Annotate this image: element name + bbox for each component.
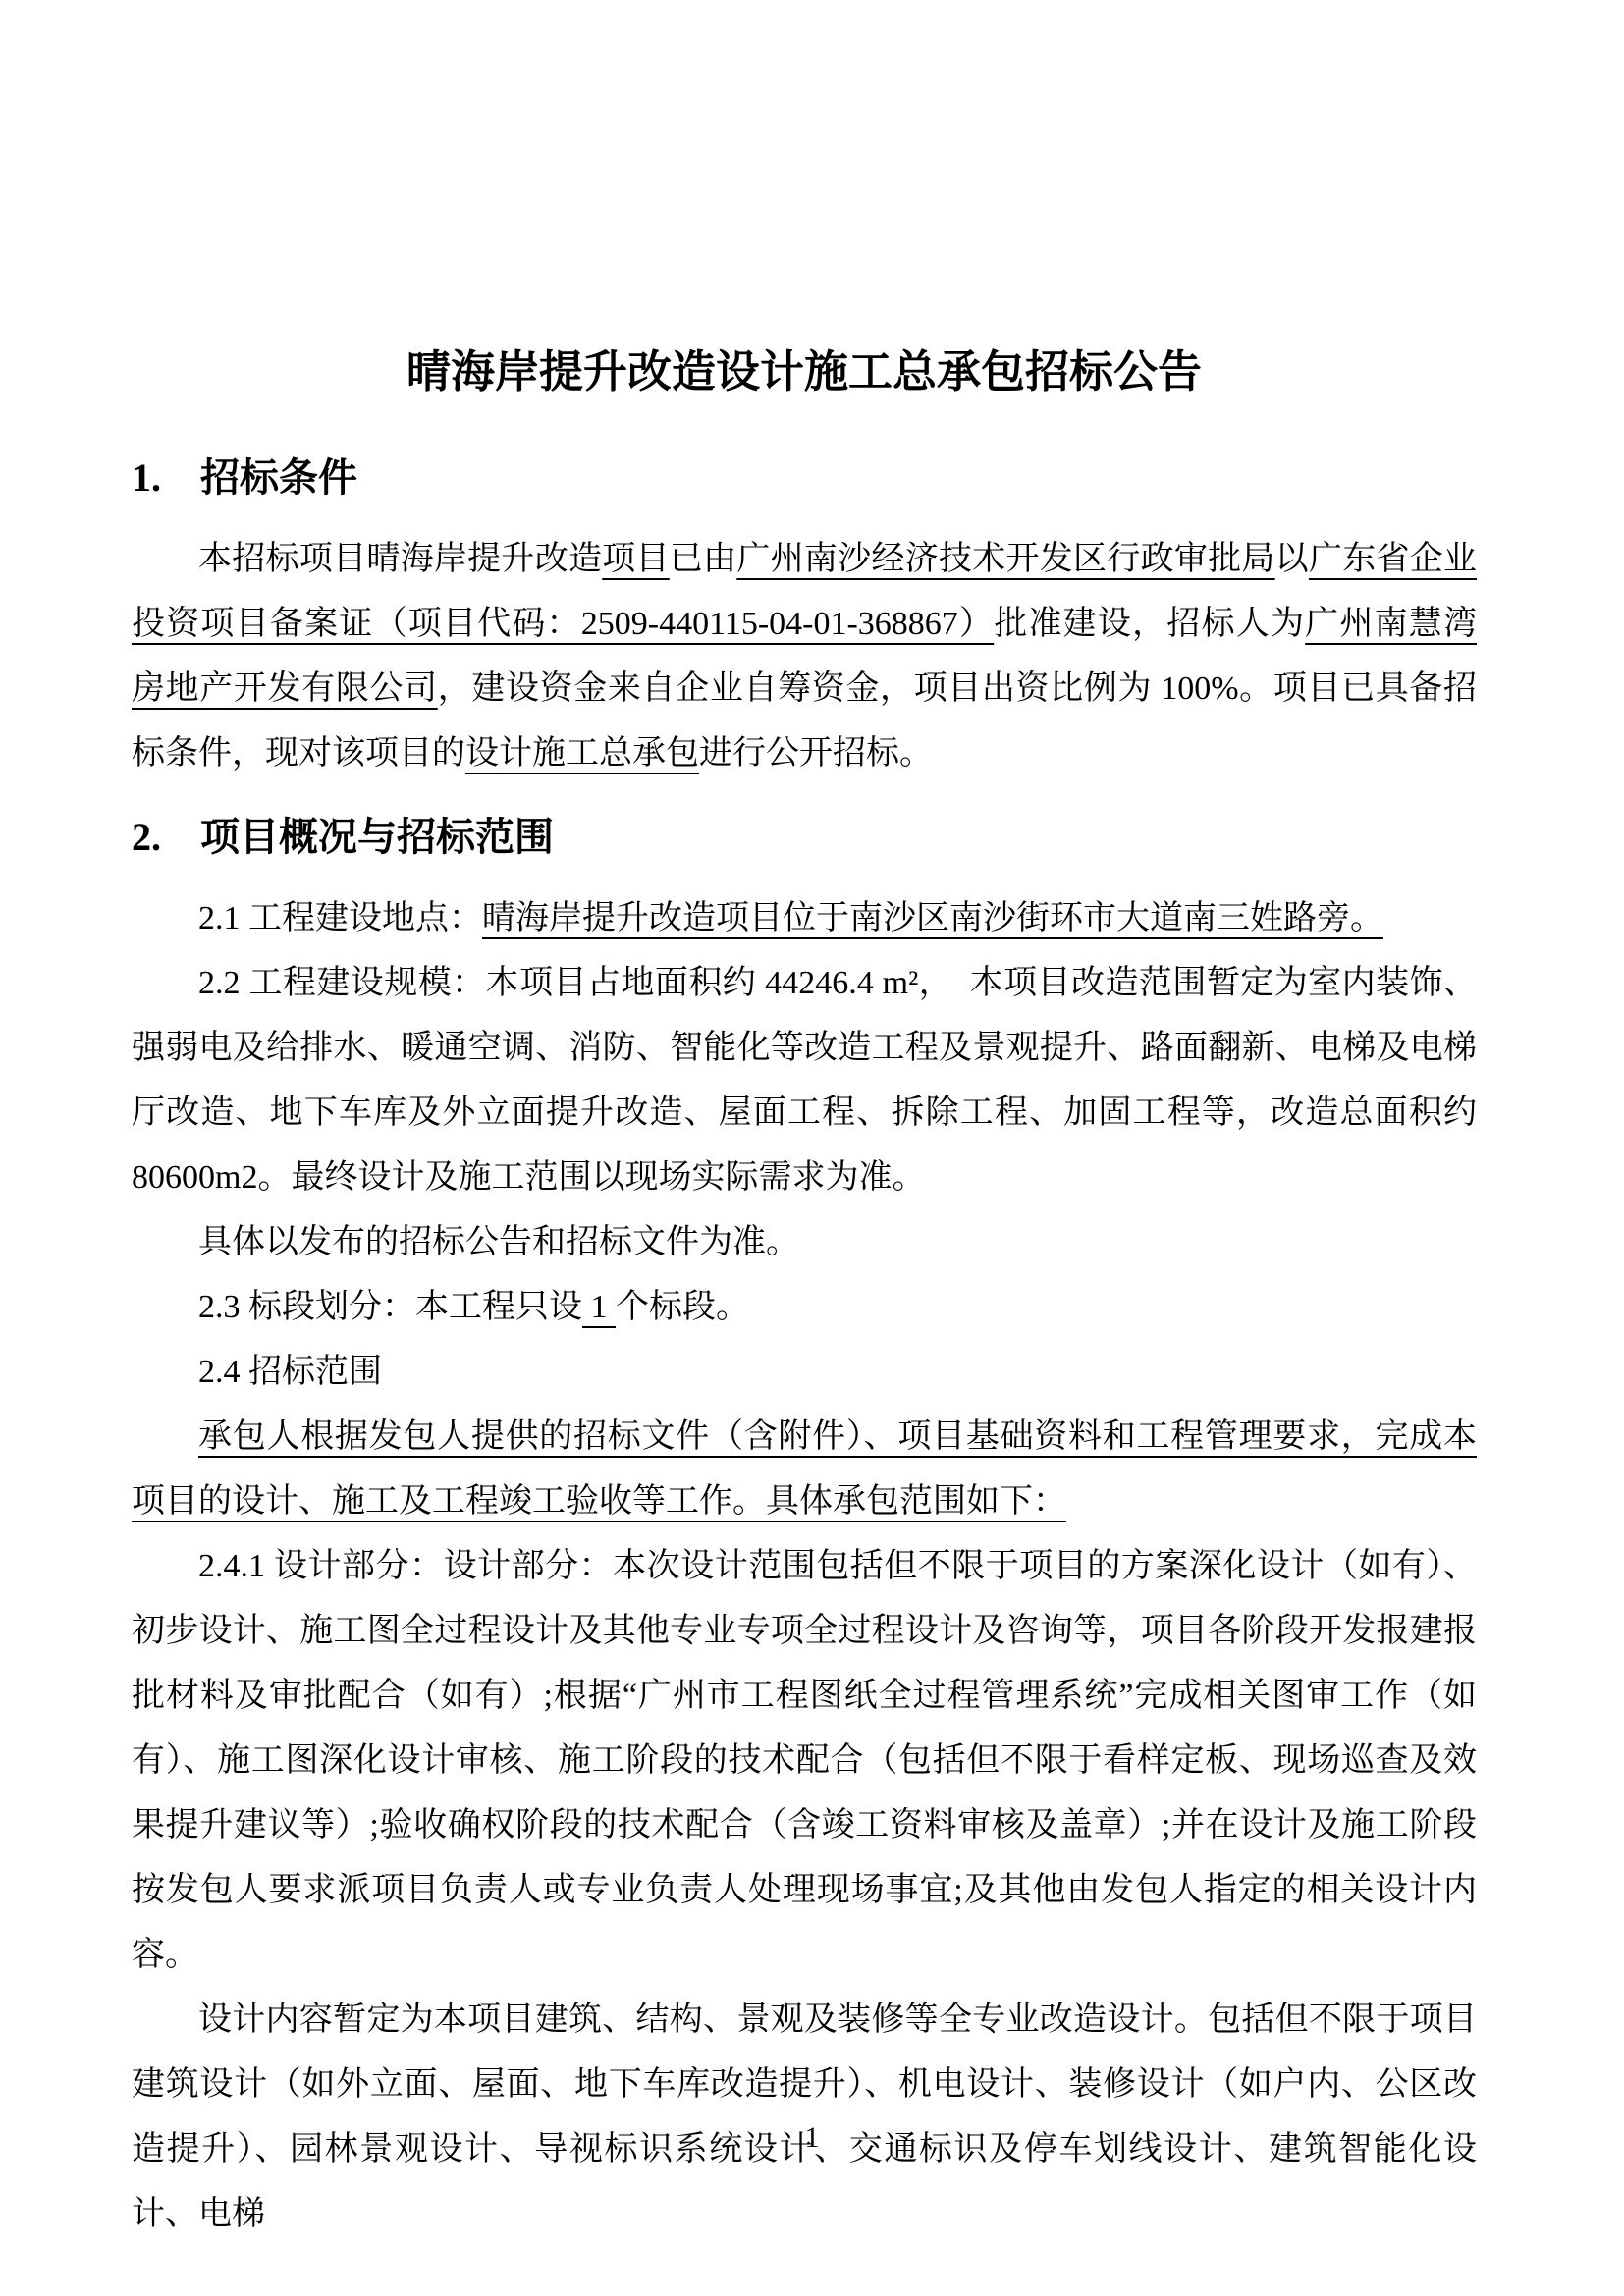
paragraph: 2.4.1 设计部分：设计部分：本次设计范围包括但不限于项目的方案深化设计（如有… xyxy=(132,1534,1477,1988)
underlined-text: 广州南沙经济技术开发区行政审批局 xyxy=(736,541,1274,577)
document-page: { "title": "晴海岸提升改造设计施工总承包招标公告", "page_n… xyxy=(0,0,1624,2296)
body-text: 2.3 标段划分：本工程只设 xyxy=(198,1289,582,1325)
body-text: 具体以发布的招标公告和招标文件为准。 xyxy=(198,1224,799,1260)
paragraph: 设计内容暂定为本项目建筑、结构、景观及装修等全专业改造设计。包括但不限于项目建筑… xyxy=(132,1988,1477,2247)
underlined-text: 晴海岸提升改造项目位于南沙区南沙街环市大道南三姓路旁。 xyxy=(482,900,1383,936)
document-title: 晴海岸提升改造设计施工总承包招标公告 xyxy=(132,344,1477,401)
body-text: 进行公开招标。 xyxy=(699,735,933,772)
paragraph: 具体以发布的招标公告和招标文件为准。 xyxy=(132,1210,1477,1275)
body-text: 已由 xyxy=(670,541,737,577)
paragraph: 承包人根据发包人提供的招标文件（含附件）、项目基础资料和工程管理要求，完成本项目… xyxy=(132,1405,1477,1534)
underlined-text: 设计施工总承包 xyxy=(465,735,699,772)
body-text: 2.1 工程建设地点： xyxy=(198,900,482,936)
section-heading: 1. 招标条件 xyxy=(132,453,1477,504)
body-text: 以 xyxy=(1275,541,1309,577)
sections: 1. 招标条件本招标项目晴海岸提升改造项目已由广州南沙经济技术开发区行政审批局以… xyxy=(132,453,1477,2247)
underlined-text: 项目 xyxy=(602,541,670,577)
body-text: 本招标项目晴海岸提升改造 xyxy=(198,541,602,577)
paragraph: 2.1 工程建设地点：晴海岸提升改造项目位于南沙区南沙街环市大道南三姓路旁。 xyxy=(132,886,1477,951)
document-content: 晴海岸提升改造设计施工总承包招标公告 1. 招标条件本招标项目晴海岸提升改造项目… xyxy=(132,344,1477,2247)
body-text: 个标段。 xyxy=(616,1289,749,1325)
paragraph: 2.2 工程建设规模：本项目占地面积约 44246.4 m²， 本项目改造范围暂… xyxy=(132,951,1477,1210)
body-text: 2.2 工程建设规模：本项目占地面积约 44246.4 m²， 本项目改造范围暂… xyxy=(132,965,1486,1196)
paragraph: 本招标项目晴海岸提升改造项目已由广州南沙经济技术开发区行政审批局以广东省企业投资… xyxy=(132,527,1477,786)
underlined-text: 1 xyxy=(582,1289,616,1325)
body-text: 设计内容暂定为本项目建筑、结构、景观及装修等全专业改造设计。包括但不限于项目建筑… xyxy=(132,2002,1477,2232)
section-heading: 2. 项目概况与招标范围 xyxy=(132,812,1477,863)
page-number: 1 xyxy=(0,2118,1624,2158)
body-text: 批准建设，招标人为 xyxy=(994,606,1305,642)
body-text: 2.4.1 设计部分：设计部分：本次设计范围包括但不限于项目的方案深化设计（如有… xyxy=(132,1548,1477,1973)
underlined-text: 承包人根据发包人提供的招标文件（含附件）、项目基础资料和工程管理要求，完成本项目… xyxy=(132,1418,1477,1520)
body-text: 2.4 招标范围 xyxy=(198,1354,382,1390)
paragraph: 2.3 标段划分：本工程只设 1 个标段。 xyxy=(132,1275,1477,1340)
paragraph: 2.4 招标范围 xyxy=(132,1340,1477,1405)
